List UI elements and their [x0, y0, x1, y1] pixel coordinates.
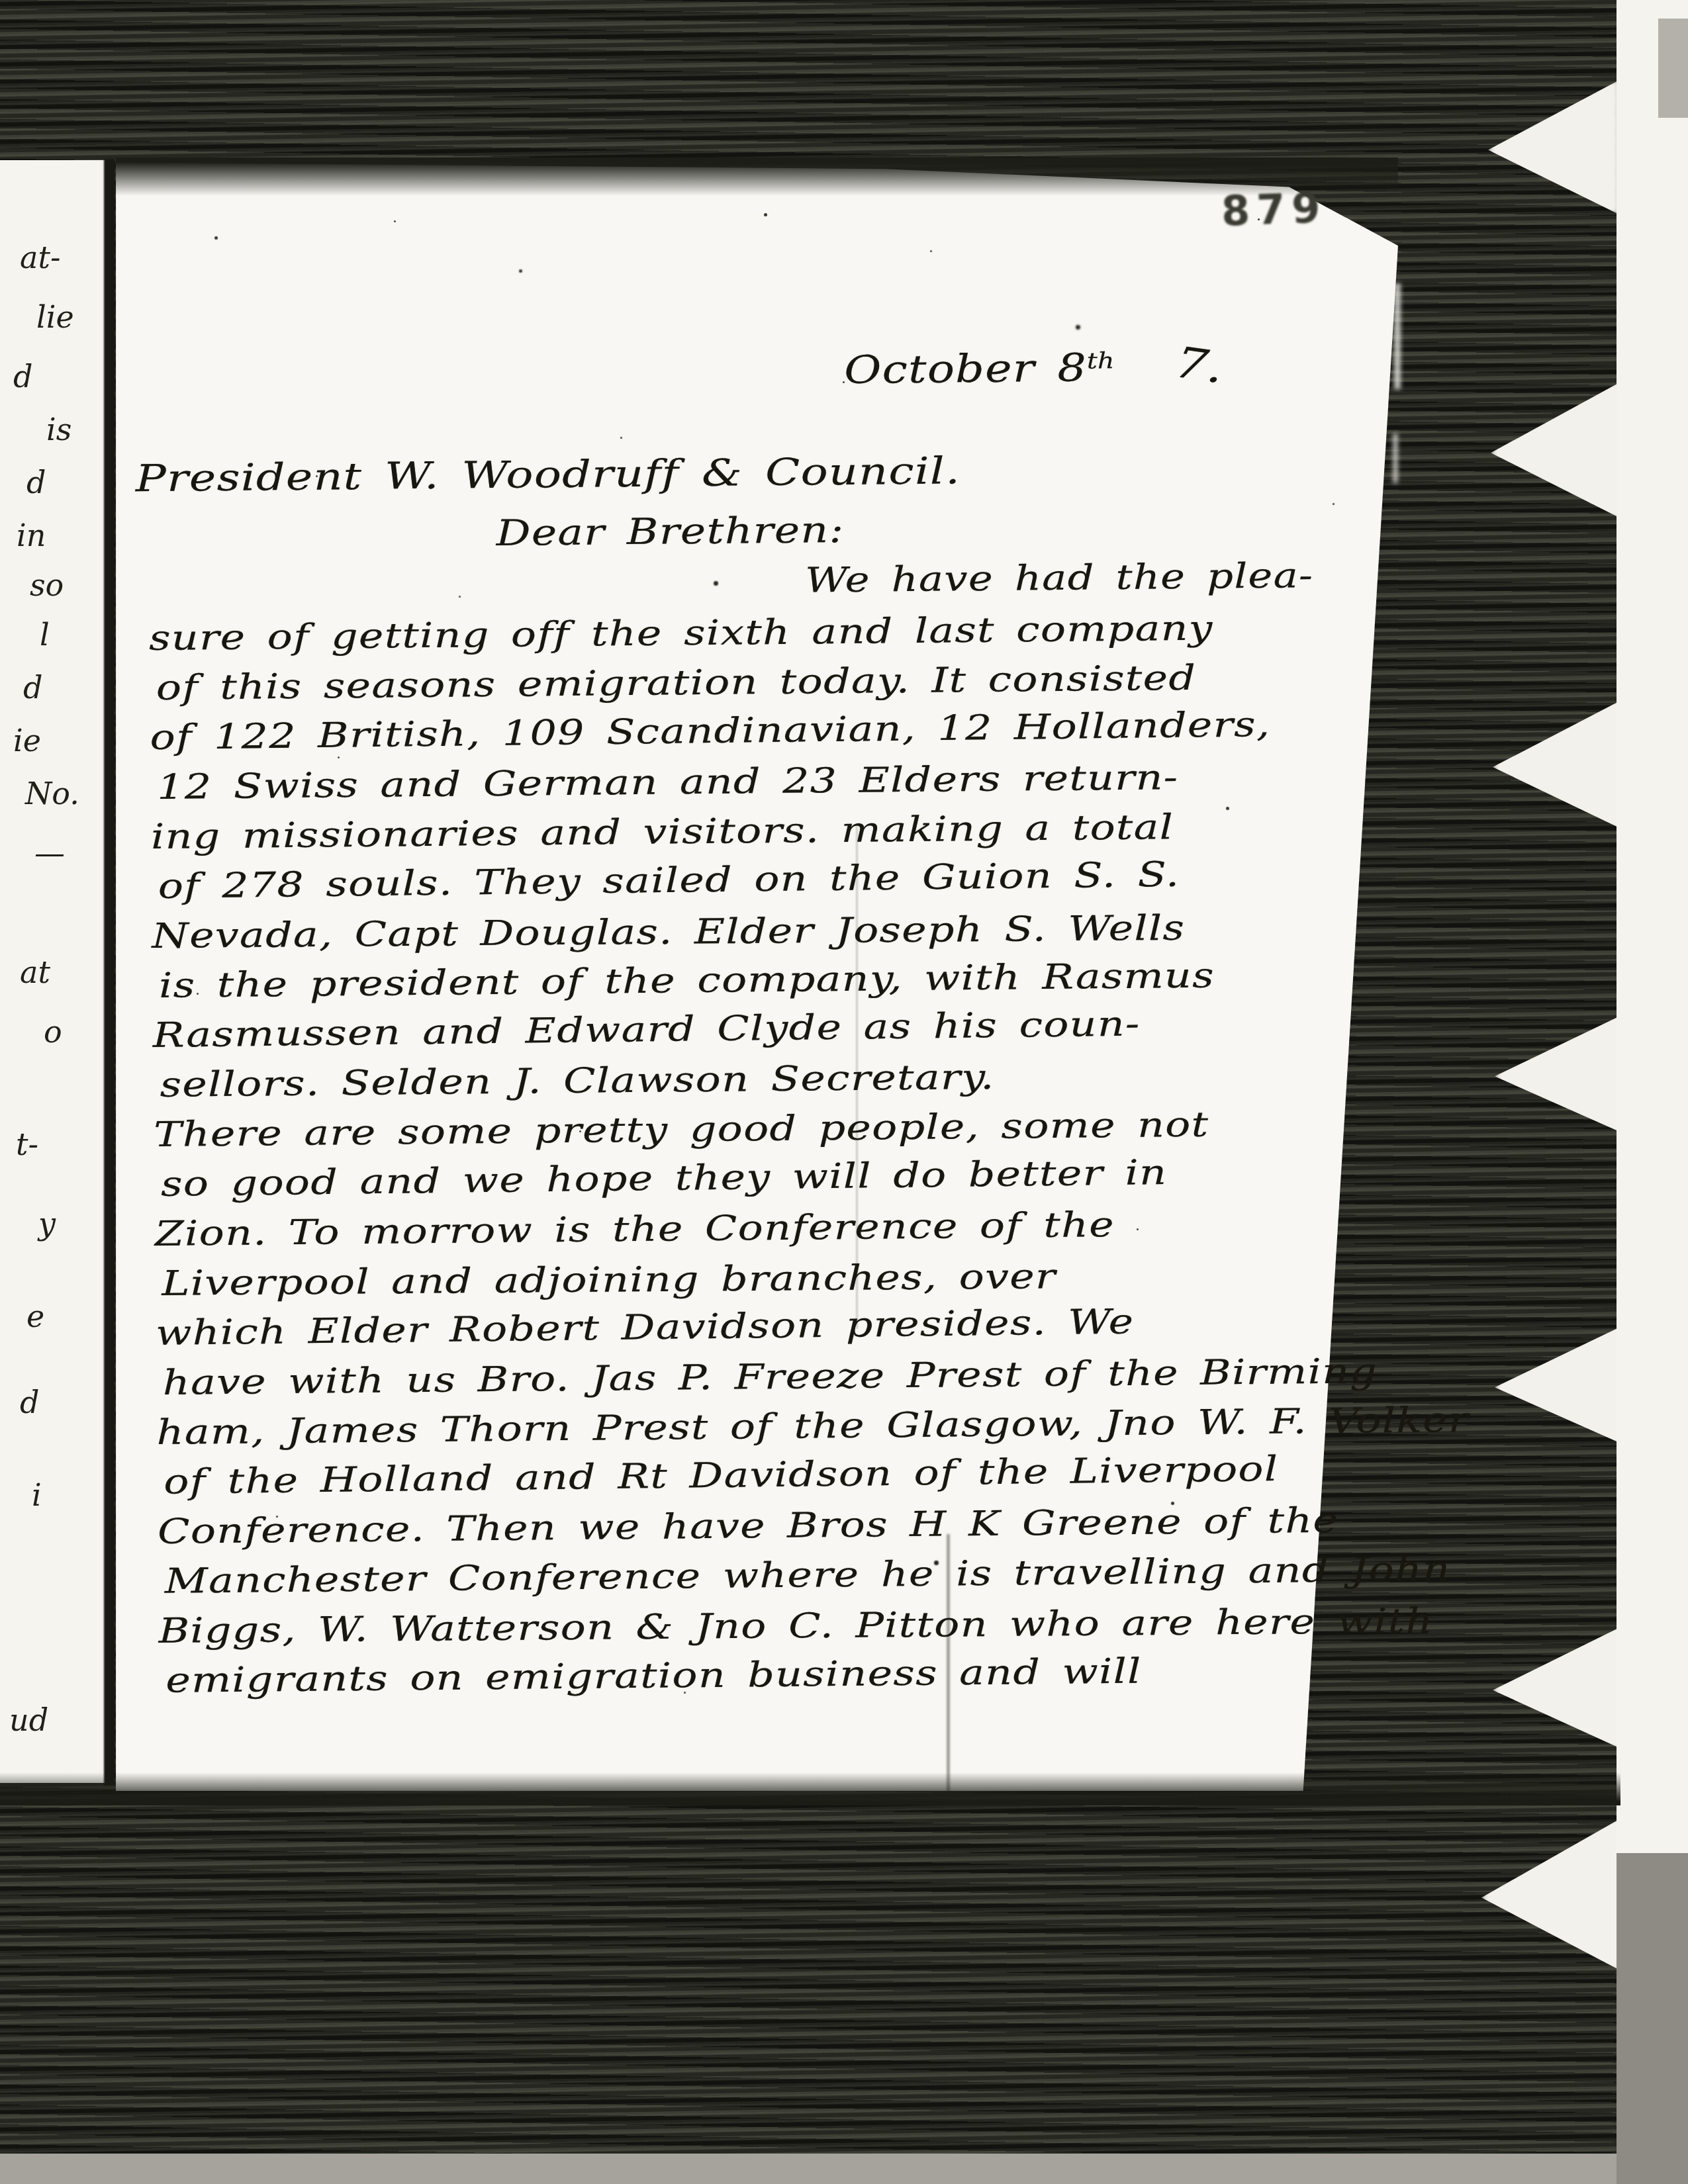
light-leak-mark — [1493, 1625, 1625, 1751]
margin-fragment: ie — [13, 723, 41, 758]
right-scan-margin-lower — [1617, 1853, 1688, 2184]
margin-fragment: lie — [36, 299, 74, 335]
margin-fragment: t- — [16, 1126, 38, 1162]
right-margin-notch — [1658, 19, 1688, 118]
letter-body: sure of getting off the sixth and last c… — [149, 604, 1235, 1707]
scan-shadow-fade-top — [116, 158, 1398, 201]
page-gutter-line — [104, 159, 115, 1786]
light-leak-mark — [1488, 79, 1620, 215]
light-leak-mark — [1495, 1013, 1627, 1135]
date-month-day: October 8 — [844, 345, 1087, 392]
date-line: October 8th7. — [844, 341, 1225, 394]
margin-fragment: No. — [25, 776, 79, 811]
scanned-letter-photocopy: at-liedisdinsoldieNo.—atot-yediud 879 Oc… — [0, 0, 1688, 2184]
scan-shadow-fade-bottom — [0, 1772, 1620, 1805]
margin-fragment: in — [17, 518, 46, 553]
date-ordinal: th — [1087, 347, 1115, 373]
salutation-line: Dear Brethren: — [496, 509, 844, 554]
margin-fragment: d — [13, 359, 32, 394]
date-year-mark: 7. — [1171, 338, 1229, 393]
right-scan-margin — [1617, 0, 1688, 1853]
margin-fragment: d — [23, 670, 42, 705]
margin-fragment: — — [34, 835, 65, 871]
light-leak-mark — [1495, 1324, 1627, 1446]
margin-fragment: l — [40, 617, 50, 653]
adjacent-page-edge: at-liedisdinsoldieNo.—atot-yediud — [0, 160, 106, 1783]
margin-fragment: at- — [20, 240, 60, 275]
light-leak-mark — [1491, 381, 1623, 520]
handwritten-letter: October 8th7. President W. Woodruff & Co… — [114, 146, 1412, 1792]
margin-fragment: o — [44, 1014, 62, 1050]
margin-fragment: i — [32, 1477, 42, 1513]
margin-fragment: so — [30, 567, 64, 603]
margin-fragment: e — [26, 1298, 44, 1334]
margin-fragment: ud — [9, 1702, 48, 1738]
margin-fragment: d — [20, 1385, 39, 1420]
margin-fragment: is — [46, 412, 71, 447]
light-leak-mark — [1493, 698, 1625, 831]
opening-line: We have had the plea- — [805, 556, 1313, 600]
addressee-line: President W. Woodruff & Council. — [136, 449, 961, 500]
margin-fragment: at — [20, 954, 50, 990]
margin-fragment: d — [26, 465, 46, 500]
bottom-scan-edge — [0, 2154, 1617, 2184]
light-leak-mark — [1481, 1817, 1624, 1972]
margin-fragment: y — [38, 1206, 56, 1242]
